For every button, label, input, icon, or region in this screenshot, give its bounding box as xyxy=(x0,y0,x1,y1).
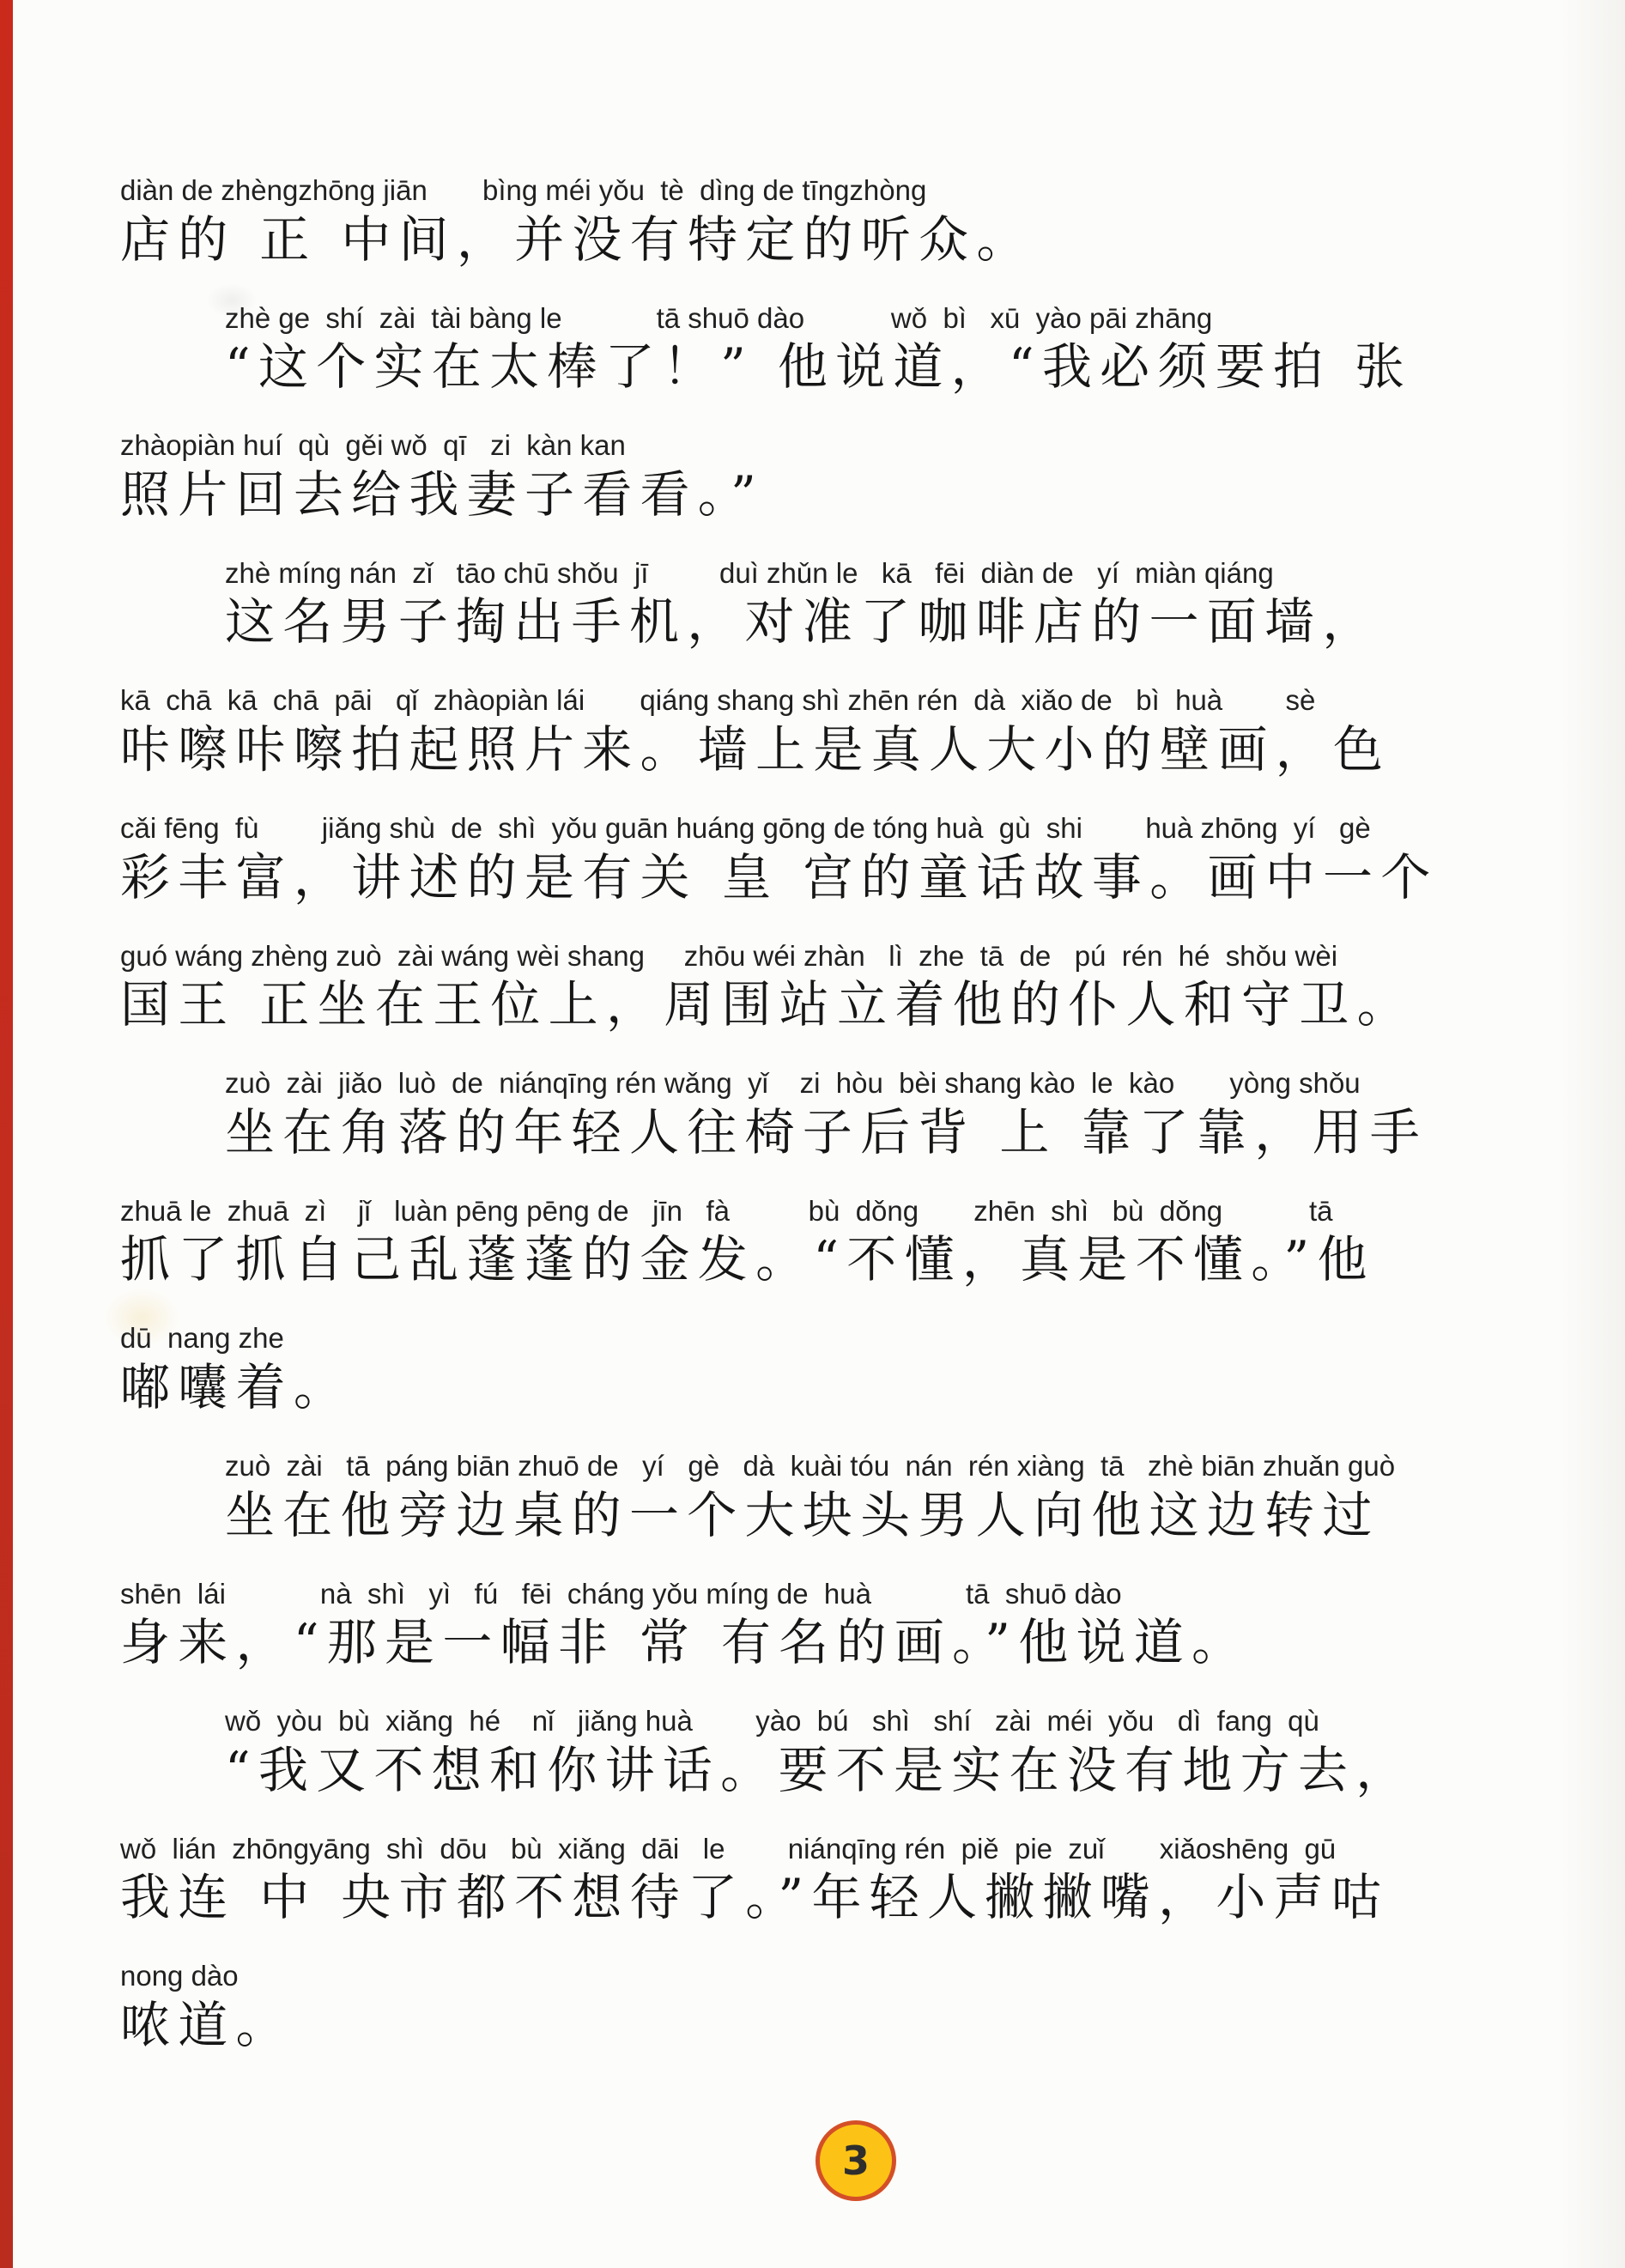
hanzi-line: 咔嚓咔嚓拍起照片来。墙上是真人大小的壁画，色 xyxy=(120,722,1605,778)
hanzi-line: 嘟囔着。 xyxy=(120,1360,1605,1416)
pinyin-line: nong dào xyxy=(120,1962,1605,1992)
pinyin-line: zhàopiàn huí qù gěi wǒ qī zi kàn kan xyxy=(120,431,1605,461)
pinyin-line: dū nang zhe xyxy=(120,1324,1605,1354)
story-text-block: diàn de zhèngzhōng jiān bìng méi yǒu tè … xyxy=(120,176,1605,2089)
page-number-badge: 3 xyxy=(816,2120,896,2201)
text-row: kā chā kā chā pāi qǐ zhàopiàn lái qiáng … xyxy=(120,686,1605,778)
pinyin-line: diàn de zhèngzhōng jiān bìng méi yǒu tè … xyxy=(120,176,1605,206)
pinyin-line: wǒ lián zhōngyāng shì dōu bù xiǎng dāi l… xyxy=(120,1834,1605,1865)
hanzi-line: 坐在角落的年轻人往椅子后背 上 靠了靠，用手 xyxy=(225,1105,1605,1161)
hanzi-line: 哝道。 xyxy=(120,1998,1605,2053)
text-row: zuò zài tā páng biān zhuō de yí gè dà ku… xyxy=(120,1452,1605,1543)
pinyin-line: zhè ge shí zài tài bàng le tā shuō dào w… xyxy=(225,304,1605,334)
pinyin-line: zuò zài jiǎo luò de niánqīng rén wǎng yǐ… xyxy=(225,1069,1605,1099)
hanzi-line: 照片回去给我妻子看看。” xyxy=(120,467,1605,523)
pinyin-line: shēn lái nà shì yì fú fēi cháng yǒu míng… xyxy=(120,1580,1605,1610)
hanzi-line: “这个实在太棒了！” 他说道，“我必须要拍 张 xyxy=(225,339,1605,395)
hanzi-line: 身来，“那是一幅非 常 有名的画。”他说道。 xyxy=(120,1615,1605,1671)
text-row: zhè ge shí zài tài bàng le tā shuō dào w… xyxy=(120,304,1605,396)
text-row: diàn de zhèngzhōng jiān bìng méi yǒu tè … xyxy=(120,176,1605,268)
pinyin-line: zhè míng nán zǐ tāo chū shǒu jī duì zhǔn… xyxy=(225,559,1605,589)
text-row: zhè míng nán zǐ tāo chū shǒu jī duì zhǔn… xyxy=(120,559,1605,651)
hanzi-line: 抓了抓自己乱蓬蓬的金发。“不懂，真是不懂。”他 xyxy=(120,1232,1605,1288)
text-row: zuò zài jiǎo luò de niánqīng rén wǎng yǐ… xyxy=(120,1069,1605,1161)
hanzi-line: 彩丰富，讲述的是有关 皇 宫的童话故事。画中一个 xyxy=(120,850,1605,906)
text-row: guó wáng zhèng zuò zài wáng wèi shang zh… xyxy=(120,942,1605,1034)
text-row: nong dào 哝道。 xyxy=(120,1962,1605,2053)
hanzi-line: 坐在他旁边桌的一个大块头男人向他这边转过 xyxy=(225,1488,1605,1543)
text-row: wǒ yòu bù xiǎng hé nǐ jiǎng huà yào bú s… xyxy=(120,1707,1605,1798)
hanzi-line: 店的 正 中间，并没有特定的听众。 xyxy=(120,212,1605,268)
hanzi-line: 这名男子掏出手机，对准了咖啡店的一面墙， xyxy=(225,594,1605,650)
hanzi-line: “我又不想和你讲话。要不是实在没有地方去， xyxy=(225,1743,1605,1798)
text-row: shēn lái nà shì yì fú fēi cháng yǒu míng… xyxy=(120,1580,1605,1671)
pinyin-line: kā chā kā chā pāi qǐ zhàopiàn lái qiáng … xyxy=(120,686,1605,716)
page-edge-strip xyxy=(0,0,13,2268)
hanzi-line: 国王 正坐在王位上，周围站立着他的仆人和守卫。 xyxy=(120,977,1605,1033)
text-row: zhuā le zhuā zì jǐ luàn pēng pēng de jīn… xyxy=(120,1197,1605,1289)
pinyin-line: cǎi fēng fù jiǎng shù de shì yǒu guān hu… xyxy=(120,814,1605,844)
pinyin-line: zhuā le zhuā zì jǐ luàn pēng pēng de jīn… xyxy=(120,1197,1605,1227)
text-row: dū nang zhe 嘟囔着。 xyxy=(120,1324,1605,1416)
text-row: wǒ lián zhōngyāng shì dōu bù xiǎng dāi l… xyxy=(120,1834,1605,1926)
pinyin-line: wǒ yòu bù xiǎng hé nǐ jiǎng huà yào bú s… xyxy=(225,1707,1605,1737)
text-row: zhàopiàn huí qù gěi wǒ qī zi kàn kan 照片回… xyxy=(120,431,1605,523)
pinyin-line: zuò zài tā páng biān zhuō de yí gè dà ku… xyxy=(225,1452,1605,1482)
text-row: cǎi fēng fù jiǎng shù de shì yǒu guān hu… xyxy=(120,814,1605,906)
pinyin-line: guó wáng zhèng zuò zài wáng wèi shang zh… xyxy=(120,942,1605,972)
hanzi-line: 我连 中 央市都不想待了。”年轻人撇撇嘴，小声咕 xyxy=(120,1870,1605,1925)
